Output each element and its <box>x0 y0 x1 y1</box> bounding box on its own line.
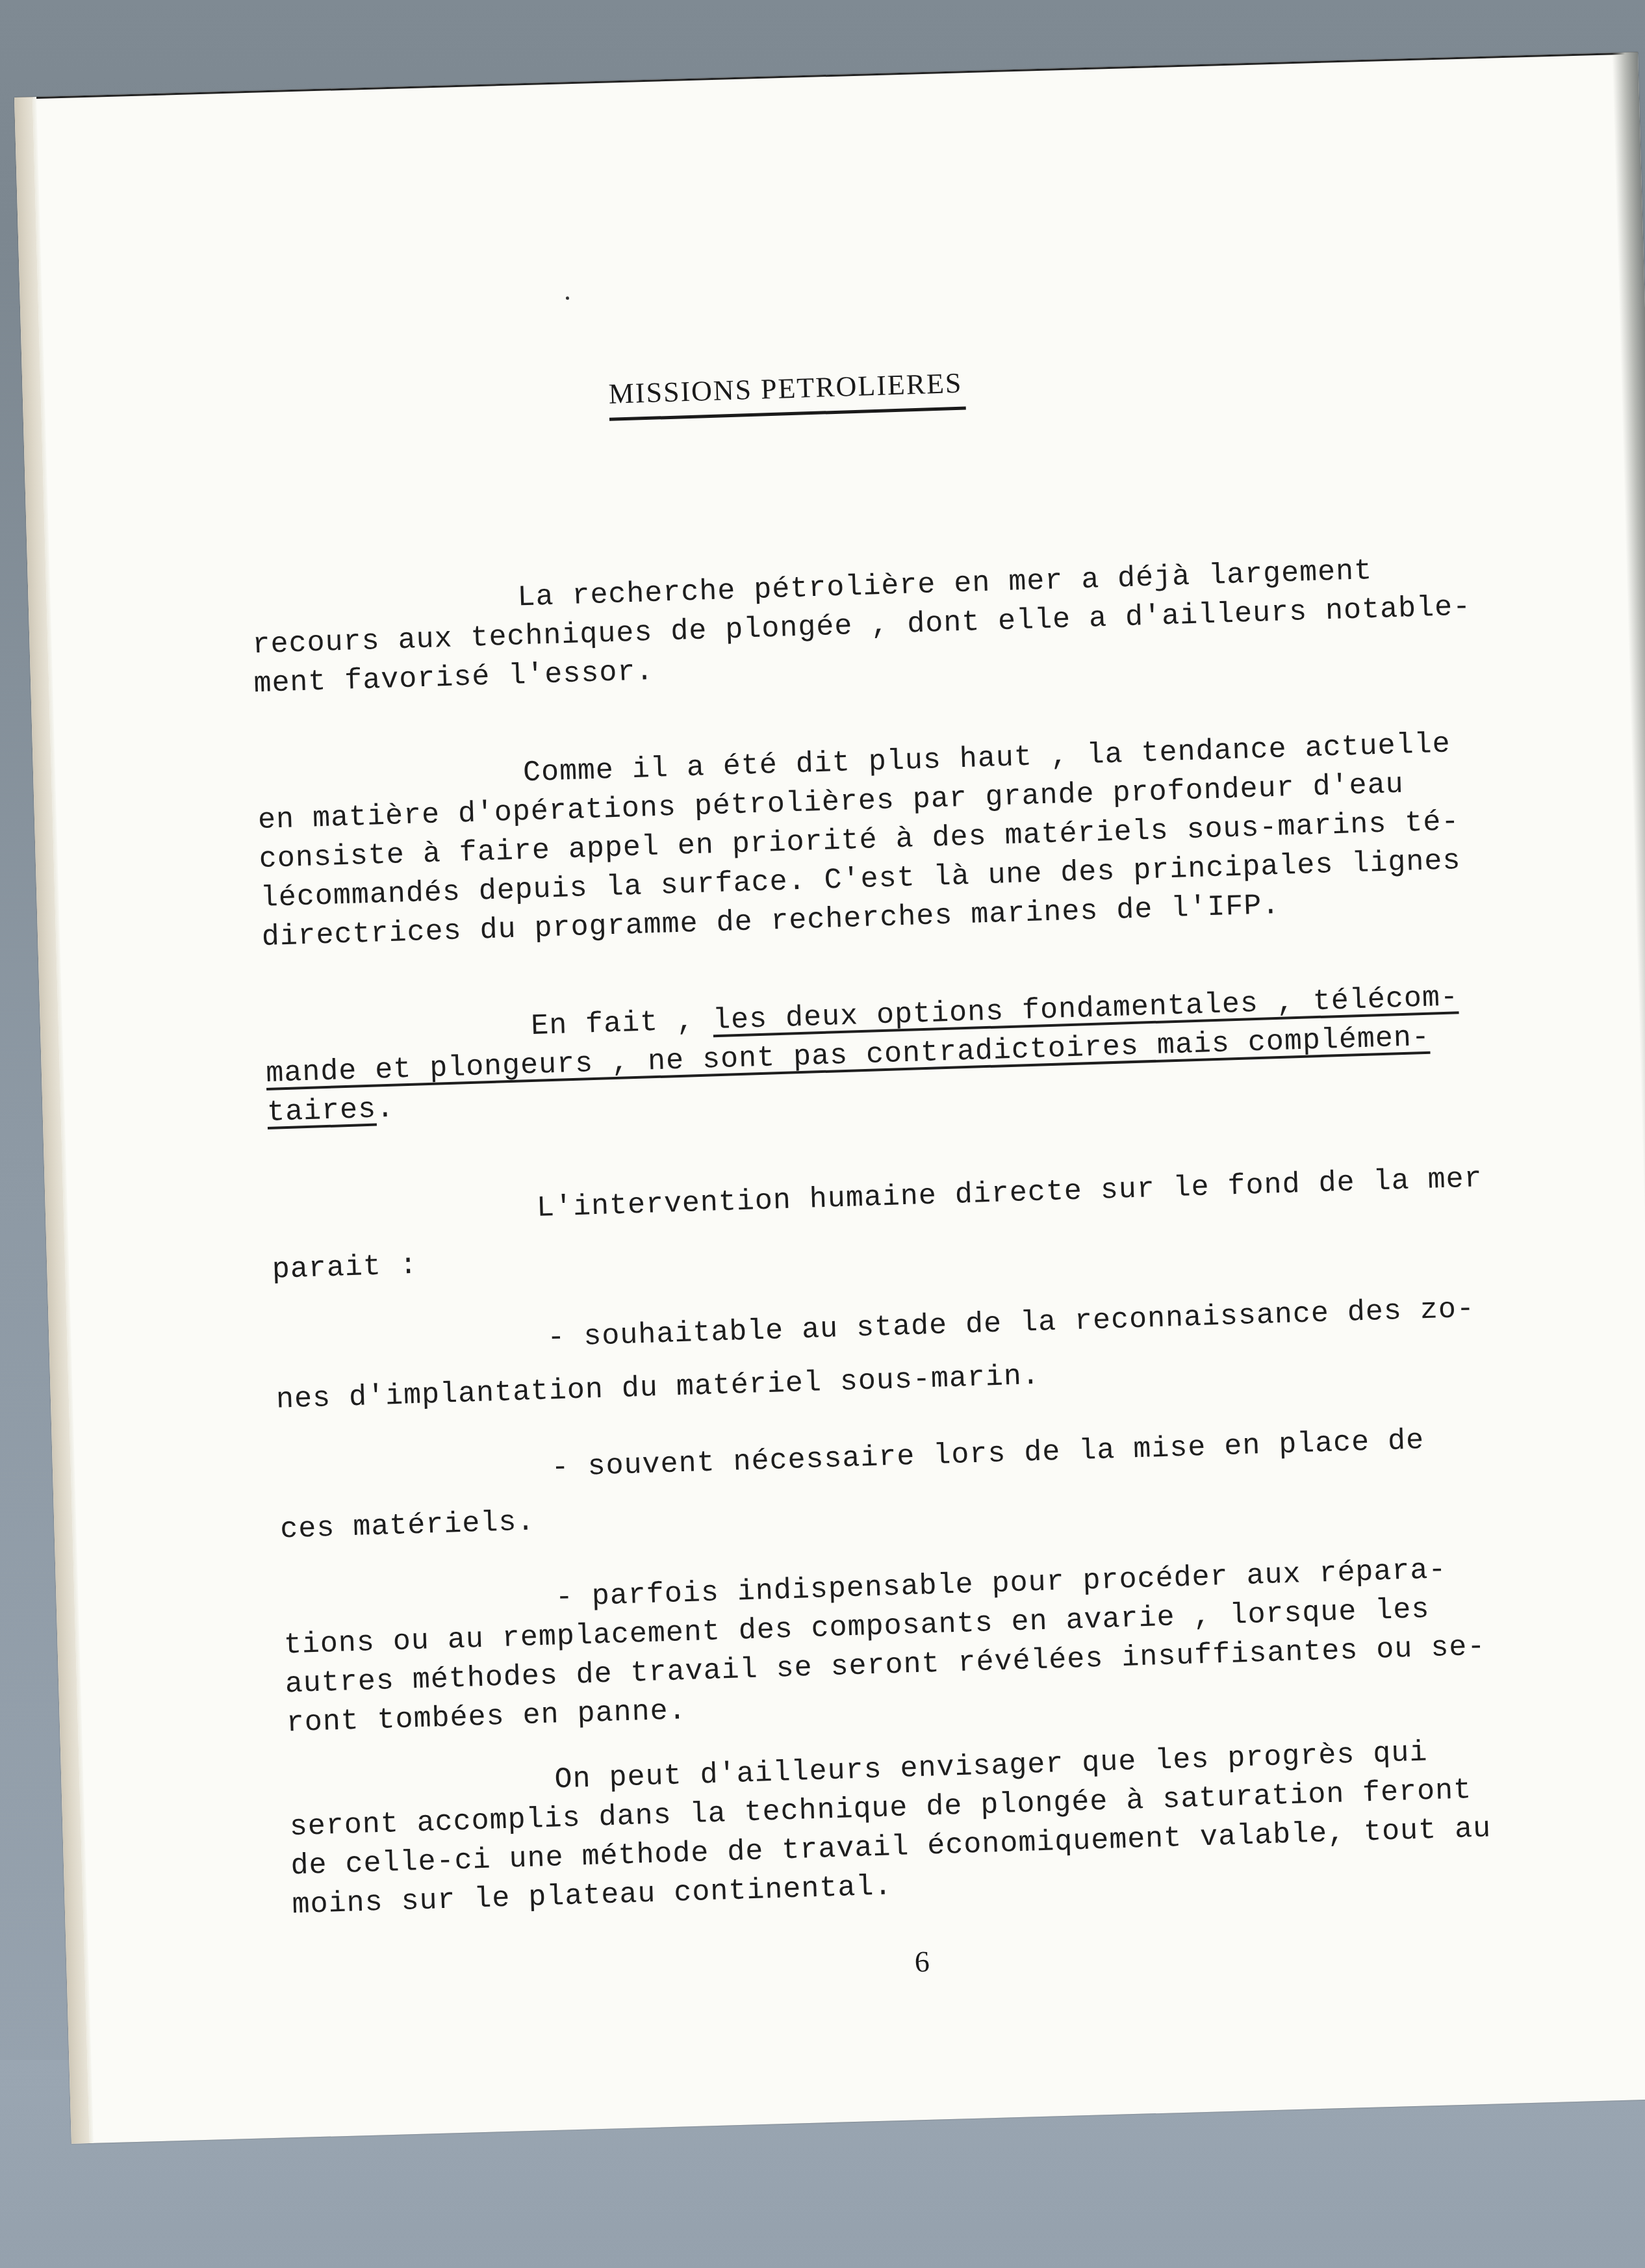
document-page: MISSIONS PETROLIERES La recherche pétrol… <box>14 52 1645 2144</box>
scan-speck <box>566 296 569 300</box>
paragraph-3: En fait , les deux options fondamentales… <box>264 979 1431 1133</box>
page-number: 6 <box>914 1944 930 1979</box>
section-title: MISSIONS PETROLIERES <box>608 367 963 411</box>
page-shadow <box>1612 52 1645 2099</box>
page-edge <box>14 52 1638 99</box>
paragraph-4: L'intervention humaine directe sur le fo… <box>270 1161 1435 1290</box>
underlined-text: taires <box>266 1093 377 1129</box>
paragraph-2: Comme il a été dit plus haut , la tendan… <box>256 726 1425 957</box>
paragraph-1: La recherche pétrolière en mer a déjà la… <box>251 550 1417 704</box>
list-item-3: - parfois indispensable pour procéder au… <box>282 1551 1449 1743</box>
paragraph-5: On peut d'ailleurs envisager que les pro… <box>288 1733 1455 1925</box>
section-title-text: MISSIONS PETROLIERES <box>608 367 963 410</box>
paragraph-trail: . <box>376 1092 395 1126</box>
title-underline <box>609 407 966 421</box>
binding-spine <box>14 97 90 2144</box>
list-item-2: - souvent nécessaire lors de la mise en … <box>278 1421 1444 1549</box>
paragraph-lead: En fait , <box>530 1004 713 1043</box>
list-item-1: - souhaitable au stade de la reconnaissa… <box>274 1291 1440 1420</box>
